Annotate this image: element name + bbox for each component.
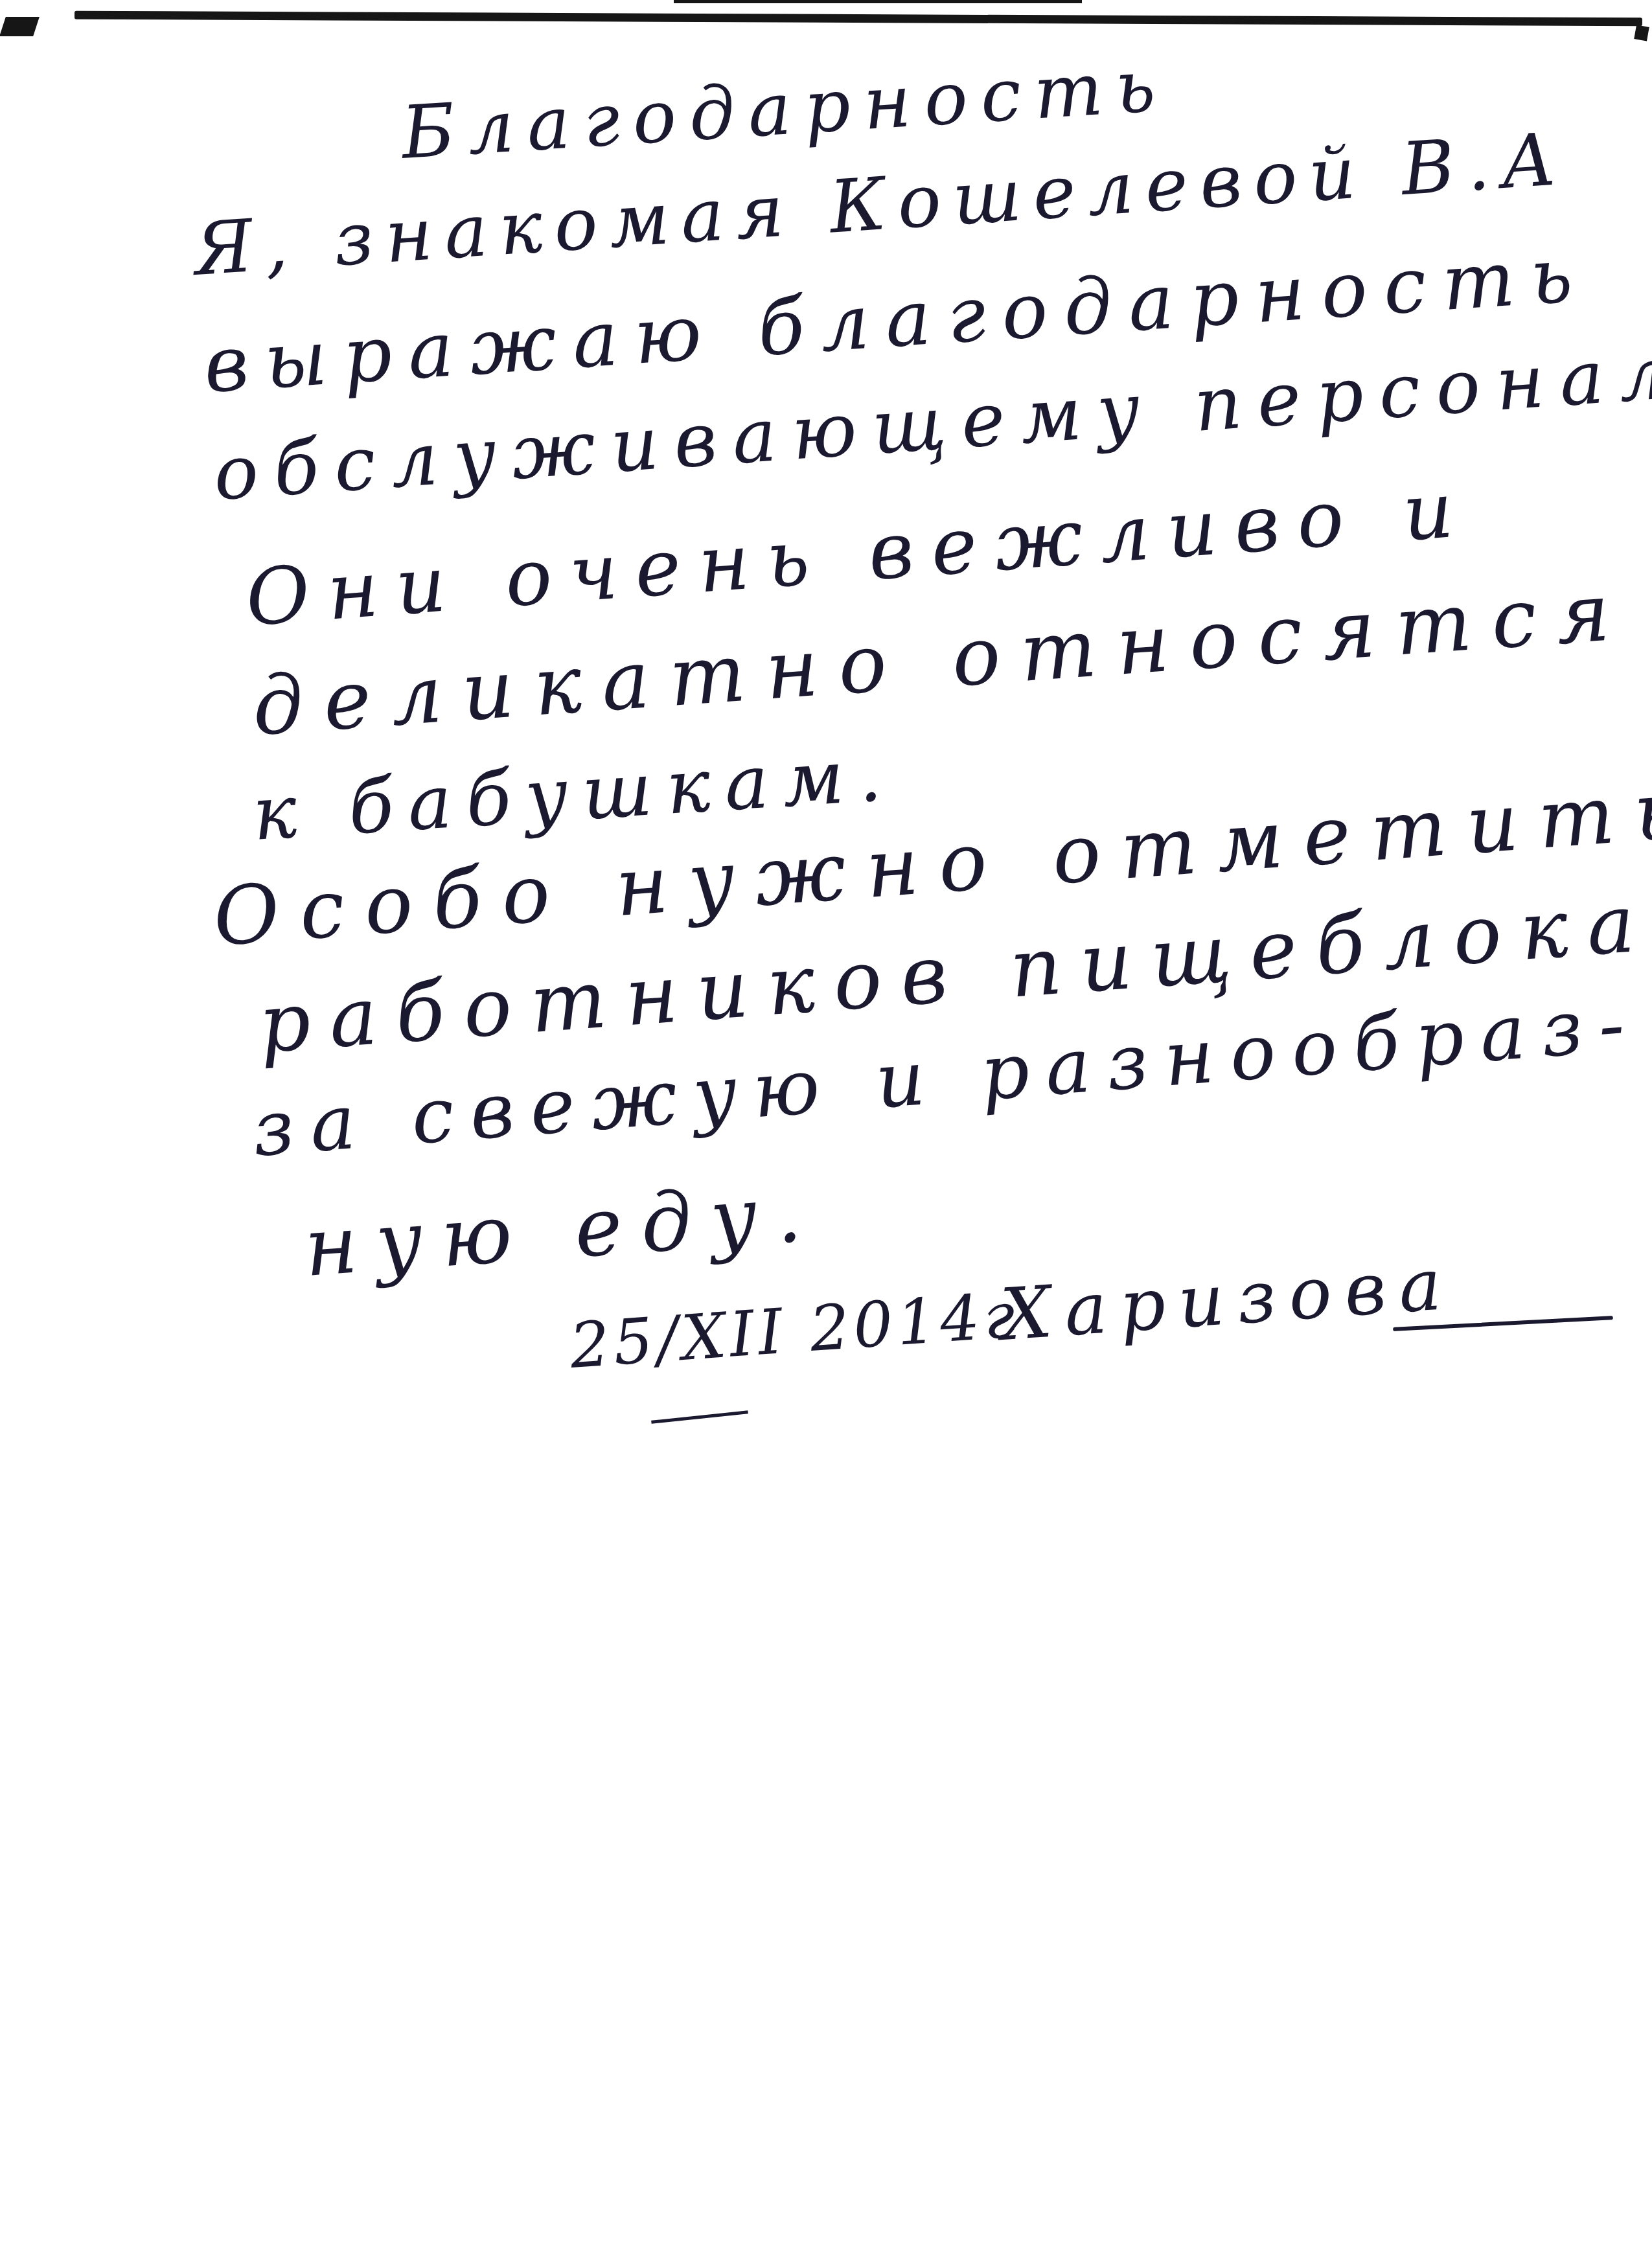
scan-artifact-right-tick bbox=[1634, 25, 1649, 41]
handwritten-line-10: ную еду. bbox=[302, 1173, 823, 1289]
scan-artifact-top-edge bbox=[75, 11, 1642, 27]
scan-artifact-corner-blob bbox=[0, 17, 40, 36]
scanned-page: Благодарность Я, знакомая Кошелевой В.А … bbox=[0, 0, 1652, 2268]
signature: Харизова bbox=[998, 1248, 1456, 1351]
scan-artifact-top-hairline bbox=[674, 0, 1082, 3]
date: 25/XII 2014г bbox=[568, 1284, 1021, 1377]
roman-numeral-underline bbox=[651, 1410, 748, 1424]
